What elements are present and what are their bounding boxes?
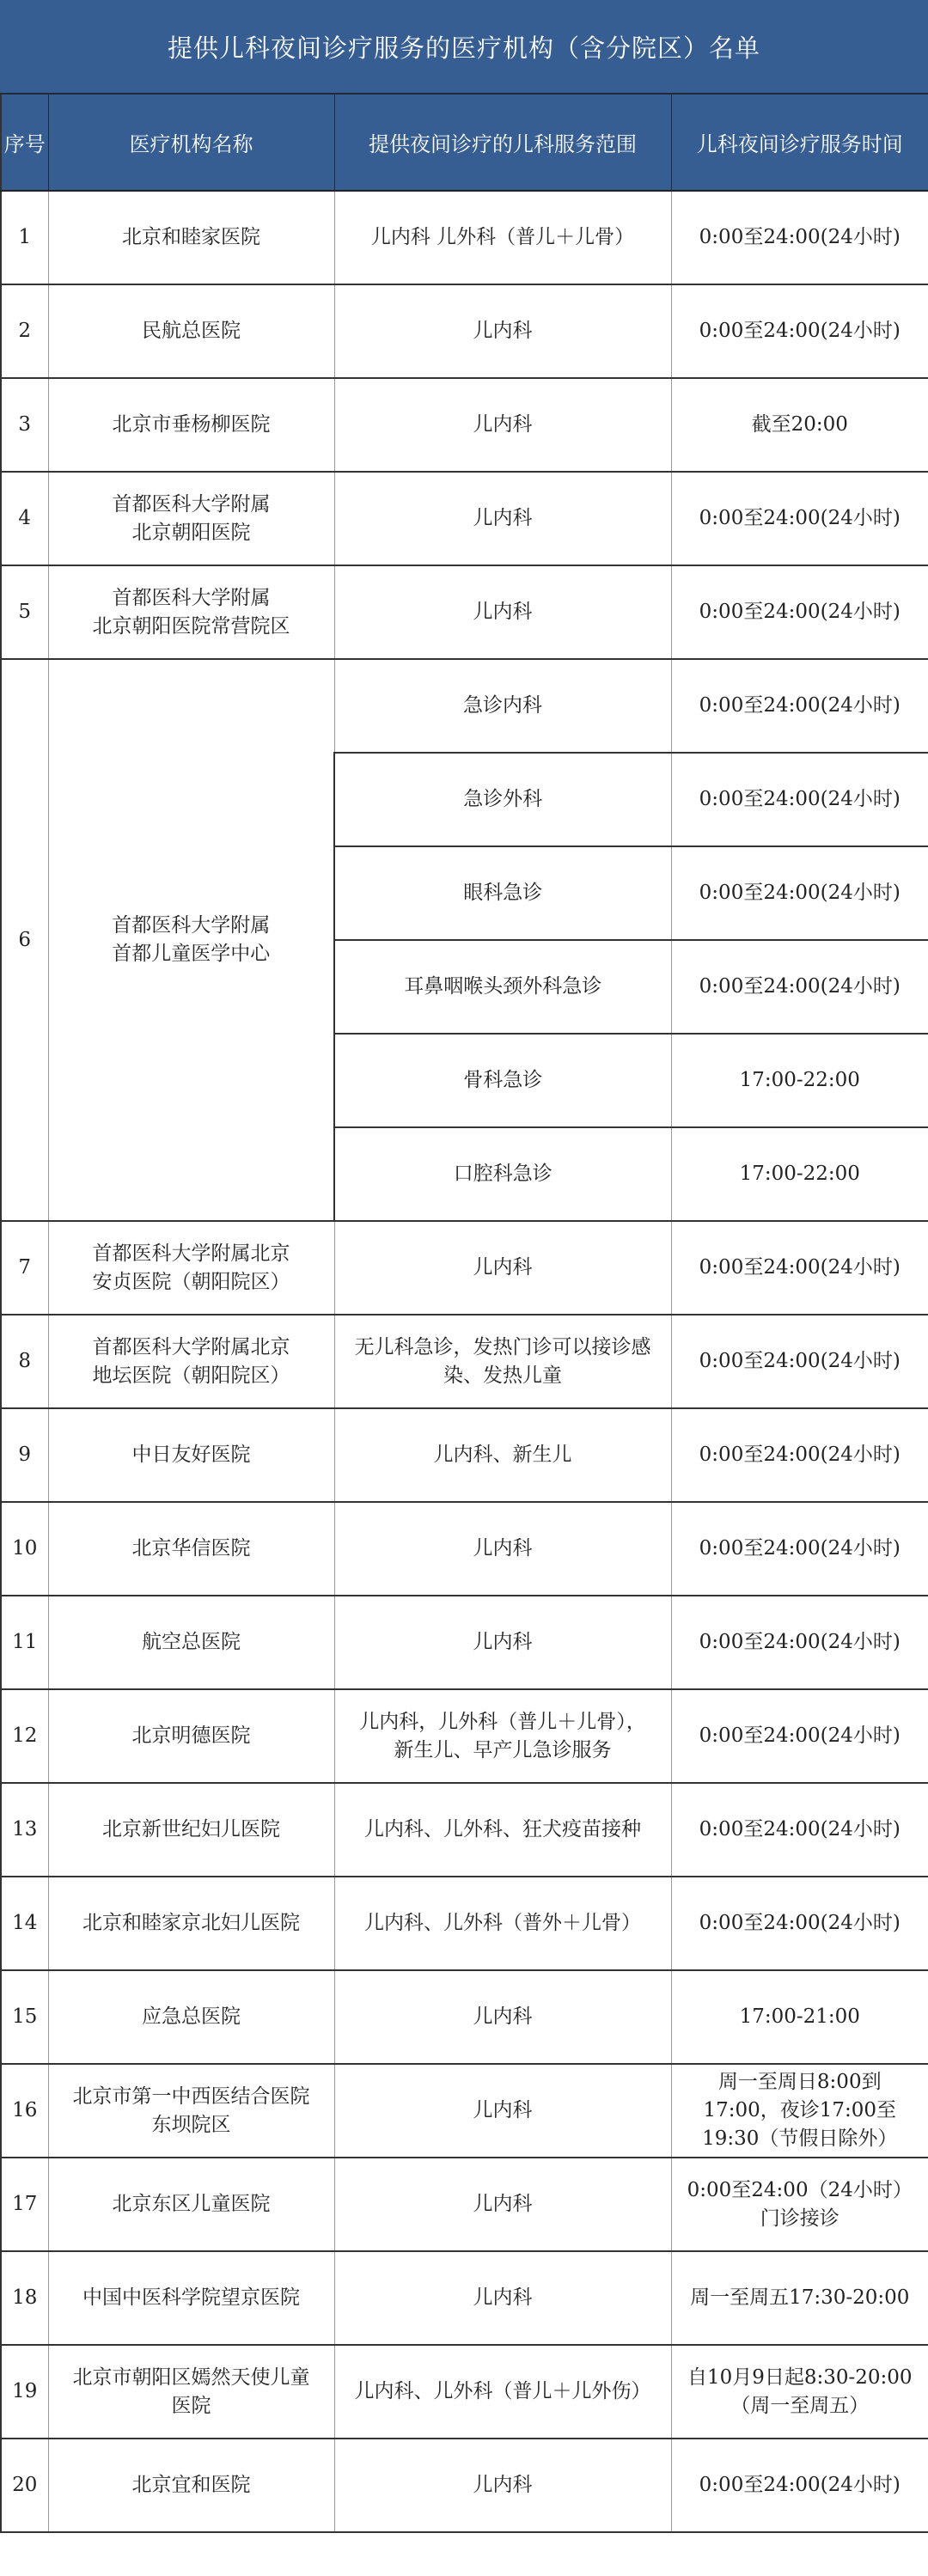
service-scope: 儿内科 儿外科（普儿＋儿骨）: [334, 191, 671, 284]
row-index: 2: [1, 284, 48, 378]
table-row: 13北京新世纪妇儿医院儿内科、儿外科、狂犬疫苗接种0:00至24:00(24小时…: [1, 1783, 928, 1877]
institution-name: 航空总医院: [48, 1596, 334, 1689]
institution-name-line: 安贞医院（朝阳院区）: [52, 1268, 331, 1297]
hospital-list-sheet: 提供儿科夜间诊疗服务的医疗机构（含分院区）名单 序号 医疗机构名称 提供夜间诊疗…: [0, 0, 928, 2533]
table-row: 18中国中医科学院望京医院儿内科周一至周五17:30-20:00: [1, 2251, 928, 2345]
service-scope: 儿内科、新生儿: [334, 1408, 671, 1502]
institution-name-line: 首都医科大学附属: [52, 912, 331, 940]
service-time: 0:00至24:00(24小时): [671, 191, 928, 284]
institution-name-line: 北京和睦家京北妇儿医院: [52, 1909, 331, 1938]
service-scope-line: 儿内科、儿外科、狂犬疫苗接种: [339, 1816, 668, 1844]
row-index: 4: [1, 472, 48, 565]
service-scope-line: 儿内科: [339, 1628, 668, 1657]
service-scope: 耳鼻咽喉头颈外科急诊: [334, 940, 671, 1034]
service-time-line: 17:00，夜诊17:00至: [675, 2097, 925, 2125]
service-scope-line: 口腔科急诊: [339, 1160, 668, 1188]
service-time-line: 0:00至24:00(24小时): [675, 973, 925, 1001]
service-scope: 儿内科、儿外科、狂犬疫苗接种: [334, 1783, 671, 1877]
service-scope: 儿内科: [334, 1502, 671, 1596]
row-index: 10: [1, 1502, 48, 1596]
service-scope-line: 儿内科: [339, 2097, 668, 2125]
institution-name-line: 北京宜和医院: [52, 2471, 331, 2500]
service-time: 17:00-22:00: [671, 1127, 928, 1221]
institution-name-line: 北京新世纪妇儿医院: [52, 1816, 331, 1844]
table-row: 15应急总医院儿内科17:00-21:00: [1, 1970, 928, 2064]
service-time-line: 0:00至24:00(24小时): [675, 1816, 925, 1844]
service-scope-line: 儿内科: [339, 2003, 668, 2031]
institution-name-line: 北京市第一中西医结合医院: [52, 2083, 331, 2111]
header-index: 序号: [1, 95, 48, 191]
service-time-line: 门诊接诊: [675, 2205, 925, 2233]
institution-name-line: 航空总医院: [52, 1628, 331, 1657]
table-body: 1北京和睦家医院儿内科 儿外科（普儿＋儿骨）0:00至24:00(24小时)2民…: [1, 191, 928, 2532]
service-scope: 儿内科: [334, 2439, 671, 2532]
service-time-line: 17:00-22:00: [675, 1066, 925, 1095]
service-time: 截至20:00: [671, 378, 928, 472]
service-scope-line: 新生儿、早产儿急诊服务: [339, 1737, 668, 1765]
service-scope-line: 儿内科: [339, 504, 668, 533]
institution-name-line: 地坛医院（朝阳院区）: [52, 1362, 331, 1390]
institution-name: 北京新世纪妇儿医院: [48, 1783, 334, 1877]
institution-name-line: 北京华信医院: [52, 1535, 331, 1563]
institution-name: 首都医科大学附属北京地坛医院（朝阳院区）: [48, 1315, 334, 1408]
service-time-line: 17:00-22:00: [675, 1160, 925, 1188]
sheet-title: 提供儿科夜间诊疗服务的医疗机构（含分院区）名单: [0, 0, 928, 95]
institution-name-line: 医院: [52, 2392, 331, 2420]
institution-name-line: 首都儿童医学中心: [52, 940, 331, 968]
table-row: 3北京市垂杨柳医院儿内科截至20:00: [1, 378, 928, 472]
service-time: 0:00至24:00（24小时）门诊接诊: [671, 2158, 928, 2251]
table-row: 8首都医科大学附属北京地坛医院（朝阳院区）无儿科急诊，发热门诊可以接诊感染、发热…: [1, 1315, 928, 1408]
service-scope-line: 染、发热儿童: [339, 1362, 668, 1390]
institution-name: 北京市垂杨柳医院: [48, 378, 334, 472]
service-scope: 儿内科: [334, 1221, 671, 1315]
service-time-line: 截至20:00: [675, 411, 925, 439]
service-time-line: 0:00至24:00(24小时): [675, 1254, 925, 1282]
institution-name-line: 中日友好医院: [52, 1441, 331, 1469]
service-scope-line: 儿内科: [339, 1535, 668, 1563]
service-time: 周一至周五17:30-20:00: [671, 2251, 928, 2345]
service-time-line: 19:30（节假日除外）: [675, 2125, 925, 2153]
service-time-line: 0:00至24:00(24小时): [675, 692, 925, 720]
service-scope: 儿内科: [334, 2158, 671, 2251]
institution-name: 首都医科大学附属北京朝阳医院常营院区: [48, 565, 334, 659]
row-index: 6: [1, 659, 48, 1221]
service-scope: 儿内科、儿外科（普儿＋儿外伤）: [334, 2345, 671, 2439]
table-row: 10北京华信医院儿内科0:00至24:00(24小时): [1, 1502, 928, 1596]
row-index: 16: [1, 2064, 48, 2158]
service-scope: 急诊外科: [334, 753, 671, 846]
service-time: 0:00至24:00(24小时): [671, 1315, 928, 1408]
service-scope-line: 儿内科: [339, 2190, 668, 2219]
service-time-line: 0:00至24:00(24小时): [675, 1722, 925, 1750]
service-scope-line: 儿内科、儿外科（普儿＋儿外伤）: [339, 2378, 668, 2406]
service-time-line: （周一至周五）: [675, 2392, 925, 2420]
service-time: 0:00至24:00(24小时): [671, 753, 928, 846]
institution-name-line: 民航总医院: [52, 317, 331, 345]
institution-name-line: 首都医科大学附属北京: [52, 1334, 331, 1362]
service-scope-line: 眼科急诊: [339, 879, 668, 907]
service-time-line: 0:00至24:00(24小时): [675, 2471, 925, 2500]
institution-name-line: 首都医科大学附属: [52, 584, 331, 613]
table-row: 19北京市朝阳区嫣然天使儿童医院儿内科、儿外科（普儿＋儿外伤）自10月9日起8:…: [1, 2345, 928, 2439]
service-scope-line: 无儿科急诊，发热门诊可以接诊感: [339, 1334, 668, 1362]
table-row: 9中日友好医院儿内科、新生儿0:00至24:00(24小时): [1, 1408, 928, 1502]
row-index: 17: [1, 2158, 48, 2251]
institution-name: 首都医科大学附属北京安贞医院（朝阳院区）: [48, 1221, 334, 1315]
table-row: 7首都医科大学附属北京安贞医院（朝阳院区）儿内科0:00至24:00(24小时): [1, 1221, 928, 1315]
institution-name-line: 北京和睦家医院: [52, 223, 331, 252]
institution-name: 中日友好医院: [48, 1408, 334, 1502]
row-index: 15: [1, 1970, 48, 2064]
service-scope-line: 儿内科: [339, 2471, 668, 2500]
institution-name: 首都医科大学附属北京朝阳医院: [48, 472, 334, 565]
service-time: 0:00至24:00(24小时): [671, 1408, 928, 1502]
table-row: 20北京宜和医院儿内科0:00至24:00(24小时): [1, 2439, 928, 2532]
service-time-line: 0:00至24:00（24小时）: [675, 2176, 925, 2205]
institution-name: 北京市第一中西医结合医院东坝院区: [48, 2064, 334, 2158]
row-index: 11: [1, 1596, 48, 1689]
row-index: 3: [1, 378, 48, 472]
service-time: 0:00至24:00(24小时): [671, 1596, 928, 1689]
service-time: 0:00至24:00(24小时): [671, 1221, 928, 1315]
institution-name: 北京宜和医院: [48, 2439, 334, 2532]
table-row: 5首都医科大学附属北京朝阳医院常营院区儿内科0:00至24:00(24小时): [1, 565, 928, 659]
institution-name-line: 首都医科大学附属北京: [52, 1240, 331, 1268]
service-time: 0:00至24:00(24小时): [671, 1689, 928, 1783]
service-scope-line: 急诊外科: [339, 785, 668, 814]
institution-name: 北京明德医院: [48, 1689, 334, 1783]
institution-name: 民航总医院: [48, 284, 334, 378]
row-index: 13: [1, 1783, 48, 1877]
row-index: 1: [1, 191, 48, 284]
header-name: 医疗机构名称: [48, 95, 334, 191]
service-scope-line: 儿内科: [339, 1254, 668, 1282]
institution-name-line: 东坝院区: [52, 2111, 331, 2140]
service-time: 0:00至24:00(24小时): [671, 1502, 928, 1596]
service-time: 0:00至24:00(24小时): [671, 1783, 928, 1877]
service-time: 自10月9日起8:30-20:00（周一至周五）: [671, 2345, 928, 2439]
institution-name-line: 中国中医科学院望京医院: [52, 2284, 331, 2312]
row-index: 19: [1, 2345, 48, 2439]
institution-name-line: 北京市朝阳区嫣然天使儿童: [52, 2364, 331, 2392]
service-scope: 儿内科: [334, 2064, 671, 2158]
institution-name: 北京华信医院: [48, 1502, 334, 1596]
service-time: 0:00至24:00(24小时): [671, 846, 928, 940]
service-time: 周一至周日8:00到17:00，夜诊17:00至19:30（节假日除外）: [671, 2064, 928, 2158]
institution-name-line: 北京明德医院: [52, 1722, 331, 1750]
table-row: 6首都医科大学附属首都儿童医学中心急诊内科0:00至24:00(24小时): [1, 659, 928, 753]
service-time: 17:00-22:00: [671, 1034, 928, 1127]
service-scope-line: 儿内科: [339, 317, 668, 345]
service-time: 0:00至24:00(24小时): [671, 1877, 928, 1970]
service-time-line: 0:00至24:00(24小时): [675, 1441, 925, 1469]
service-time: 0:00至24:00(24小时): [671, 2439, 928, 2532]
service-scope: 眼科急诊: [334, 846, 671, 940]
header-scope: 提供夜间诊疗的儿科服务范围: [334, 95, 671, 191]
service-scope-line: 儿内科、儿外科（普外＋儿骨）: [339, 1909, 668, 1938]
service-scope-line: 急诊内科: [339, 692, 668, 720]
service-time-line: 17:00-21:00: [675, 2003, 925, 2031]
service-scope-line: 儿内科，儿外科（普儿＋儿骨），: [339, 1708, 668, 1737]
table-row: 17北京东区儿童医院儿内科0:00至24:00（24小时）门诊接诊: [1, 2158, 928, 2251]
service-time-line: 0:00至24:00(24小时): [675, 879, 925, 907]
institution-name-line: 北京朝阳医院常营院区: [52, 613, 331, 641]
row-index: 5: [1, 565, 48, 659]
service-time-line: 0:00至24:00(24小时): [675, 1628, 925, 1657]
service-scope-line: 儿内科: [339, 2284, 668, 2312]
table-row: 11航空总医院儿内科0:00至24:00(24小时): [1, 1596, 928, 1689]
service-scope: 儿内科: [334, 565, 671, 659]
service-scope: 无儿科急诊，发热门诊可以接诊感染、发热儿童: [334, 1315, 671, 1408]
row-index: 7: [1, 1221, 48, 1315]
table-row: 1北京和睦家医院儿内科 儿外科（普儿＋儿骨）0:00至24:00(24小时): [1, 191, 928, 284]
institution-name: 北京和睦家京北妇儿医院: [48, 1877, 334, 1970]
institution-name: 首都医科大学附属首都儿童医学中心: [48, 659, 334, 1221]
service-time: 0:00至24:00(24小时): [671, 659, 928, 753]
table-row: 4首都医科大学附属北京朝阳医院儿内科0:00至24:00(24小时): [1, 472, 928, 565]
service-scope: 口腔科急诊: [334, 1127, 671, 1221]
institution-name: 中国中医科学院望京医院: [48, 2251, 334, 2345]
institution-name: 应急总医院: [48, 1970, 334, 2064]
row-index: 20: [1, 2439, 48, 2532]
service-scope: 儿内科，儿外科（普儿＋儿骨），新生儿、早产儿急诊服务: [334, 1689, 671, 1783]
row-index: 9: [1, 1408, 48, 1502]
institution-name-line: 北京朝阳医院: [52, 519, 331, 547]
service-scope: 急诊内科: [334, 659, 671, 753]
header-time: 儿科夜间诊疗服务时间: [671, 95, 928, 191]
service-time-line: 0:00至24:00(24小时): [675, 785, 925, 814]
service-scope: 骨科急诊: [334, 1034, 671, 1127]
service-time: 0:00至24:00(24小时): [671, 940, 928, 1034]
service-time-line: 周一至周五17:30-20:00: [675, 2284, 925, 2312]
row-index: 14: [1, 1877, 48, 1970]
service-time: 0:00至24:00(24小时): [671, 284, 928, 378]
service-scope: 儿内科、儿外科（普外＋儿骨）: [334, 1877, 671, 1970]
service-time-line: 0:00至24:00(24小时): [675, 504, 925, 533]
service-time-line: 自10月9日起8:30-20:00: [675, 2364, 925, 2392]
service-scope-line: 儿内科: [339, 598, 668, 626]
service-scope-line: 骨科急诊: [339, 1066, 668, 1095]
hospital-table: 序号 医疗机构名称 提供夜间诊疗的儿科服务范围 儿科夜间诊疗服务时间 1北京和睦…: [0, 95, 928, 2533]
service-time-line: 0:00至24:00(24小时): [675, 317, 925, 345]
service-scope: 儿内科: [334, 472, 671, 565]
service-time: 0:00至24:00(24小时): [671, 565, 928, 659]
service-scope-line: 儿内科: [339, 411, 668, 439]
institution-name-line: 首都医科大学附属: [52, 491, 331, 519]
service-time-line: 0:00至24:00(24小时): [675, 1535, 925, 1563]
row-index: 18: [1, 2251, 48, 2345]
service-time-line: 0:00至24:00(24小时): [675, 598, 925, 626]
service-scope: 儿内科: [334, 284, 671, 378]
service-time-line: 0:00至24:00(24小时): [675, 1909, 925, 1938]
institution-name: 北京市朝阳区嫣然天使儿童医院: [48, 2345, 334, 2439]
row-index: 8: [1, 1315, 48, 1408]
service-scope-line: 儿内科 儿外科（普儿＋儿骨）: [339, 223, 668, 252]
row-index: 12: [1, 1689, 48, 1783]
table-row: 16北京市第一中西医结合医院东坝院区儿内科周一至周日8:00到17:00，夜诊1…: [1, 2064, 928, 2158]
table-row: 12北京明德医院儿内科，儿外科（普儿＋儿骨），新生儿、早产儿急诊服务0:00至2…: [1, 1689, 928, 1783]
table-row: 2民航总医院儿内科0:00至24:00(24小时): [1, 284, 928, 378]
service-time-line: 周一至周日8:00到: [675, 2068, 925, 2097]
service-scope: 儿内科: [334, 1970, 671, 2064]
service-scope-line: 儿内科、新生儿: [339, 1441, 668, 1469]
institution-name: 北京和睦家医院: [48, 191, 334, 284]
institution-name-line: 北京东区儿童医院: [52, 2190, 331, 2219]
institution-name-line: 北京市垂杨柳医院: [52, 411, 331, 439]
service-scope: 儿内科: [334, 1596, 671, 1689]
service-time: 17:00-21:00: [671, 1970, 928, 2064]
table-row: 14北京和睦家京北妇儿医院儿内科、儿外科（普外＋儿骨）0:00至24:00(24…: [1, 1877, 928, 1970]
service-time: 0:00至24:00(24小时): [671, 472, 928, 565]
service-scope: 儿内科: [334, 2251, 671, 2345]
service-time-line: 0:00至24:00(24小时): [675, 223, 925, 252]
institution-name-line: 应急总医院: [52, 2003, 331, 2031]
institution-name: 北京东区儿童医院: [48, 2158, 334, 2251]
service-time-line: 0:00至24:00(24小时): [675, 1347, 925, 1376]
service-scope: 儿内科: [334, 378, 671, 472]
table-header-row: 序号 医疗机构名称 提供夜间诊疗的儿科服务范围 儿科夜间诊疗服务时间: [1, 95, 928, 191]
service-scope-line: 耳鼻咽喉头颈外科急诊: [339, 973, 668, 1001]
